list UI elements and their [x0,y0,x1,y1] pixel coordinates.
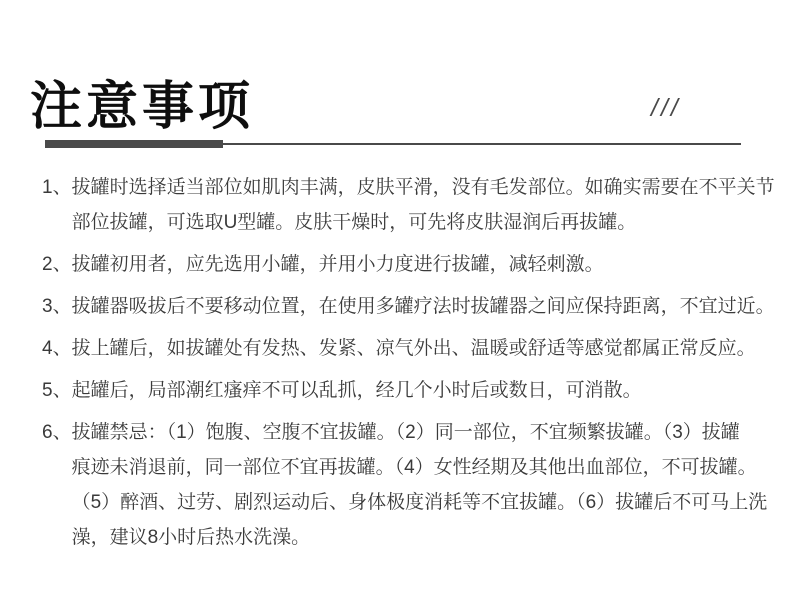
item-text: 起罐后，局部潮红瘙痒不可以乱抓，经几个小时后或数日，可消散。 [72,373,754,408]
list-item: 6、拔罐禁忌：（1）饱腹、空腹不宜拔罐。（2）同一部位，不宜频繁拔罐。（3）拔罐… [42,415,754,555]
item-text: 拔罐初用者，应先选用小罐，并用小力度进行拔罐，减轻刺激。 [72,247,754,282]
slide: 注意事项 /// 1、拔罐时选择适当部位如肌肉丰满，皮肤平滑，没有毛发部位。如确… [0,0,790,609]
item-text: 拔罐禁忌：（1）饱腹、空腹不宜拔罐。（2）同一部位，不宜频繁拔罐。（3）拔罐痕迹… [72,415,754,555]
item-text-line: 拔罐器吸拔后不要移动位置，在使用多罐疗法时拔罐器之间应保持距离，不宜过近。 [72,289,754,324]
list-item: 2、拔罐初用者，应先选用小罐，并用小力度进行拔罐，减轻刺激。 [42,247,754,282]
title-divider-thin-line [223,143,741,145]
item-number: 4、 [42,331,72,366]
item-text-line: 起罐后，局部潮红瘙痒不可以乱抓，经几个小时后或数日，可消散。 [72,373,754,408]
notes-list: 1、拔罐时选择适当部位如肌肉丰满，皮肤平滑，没有毛发部位。如确实需要在不平关节部… [42,170,754,562]
item-text: 拔罐器吸拔后不要移动位置，在使用多罐疗法时拔罐器之间应保持距离，不宜过近。 [72,289,754,324]
item-number: 1、 [42,170,72,205]
list-item: 4、拔上罐后，如拔罐处有发热、发紧、凉气外出、温暖或舒适等感觉都属正常反应。 [42,331,754,366]
item-text: 拔上罐后，如拔罐处有发热、发紧、凉气外出、温暖或舒适等感觉都属正常反应。 [72,331,754,366]
page-title: 注意事项 [30,77,254,137]
item-text-line: 拔罐禁忌：（1）饱腹、空腹不宜拔罐。（2）同一部位，不宜频繁拔罐。（3）拔罐 [72,415,754,450]
list-item: 5、起罐后，局部潮红瘙痒不可以乱抓，经几个小时后或数日，可消散。 [42,373,754,408]
item-number: 5、 [42,373,72,408]
item-text-line: 澡，建议8小时后热水洗澡。 [72,520,754,555]
item-text-line: （5）醉酒、过劳、剧烈运动后、身体极度消耗等不宜拔罐。（6）拔罐后不可马上洗 [72,485,754,520]
item-text-line: 部位拔罐，可选取U型罐。皮肤干燥时，可先将皮肤湿润后再拔罐。 [72,205,754,240]
item-text-line: 痕迹未消退前，同一部位不宜再拔罐。（4）女性经期及其他出血部位，不可拔罐。 [72,450,754,485]
item-number: 2、 [42,247,72,282]
item-number: 3、 [42,289,72,324]
decorative-slashes: /// [651,94,681,123]
item-text: 拔罐时选择适当部位如肌肉丰满，皮肤平滑，没有毛发部位。如确实需要在不平关节部位拔… [72,170,754,240]
item-text-line: 拔上罐后，如拔罐处有发热、发紧、凉气外出、温暖或舒适等感觉都属正常反应。 [72,331,754,366]
item-number: 6、 [42,415,72,450]
title-divider-thick-segment [45,140,223,148]
list-item: 1、拔罐时选择适当部位如肌肉丰满，皮肤平滑，没有毛发部位。如确实需要在不平关节部… [42,170,754,240]
item-text-line: 拔罐时选择适当部位如肌肉丰满，皮肤平滑，没有毛发部位。如确实需要在不平关节 [72,170,754,205]
list-item: 3、拔罐器吸拔后不要移动位置，在使用多罐疗法时拔罐器之间应保持距离，不宜过近。 [42,289,754,324]
item-text-line: 拔罐初用者，应先选用小罐，并用小力度进行拔罐，减轻刺激。 [72,247,754,282]
